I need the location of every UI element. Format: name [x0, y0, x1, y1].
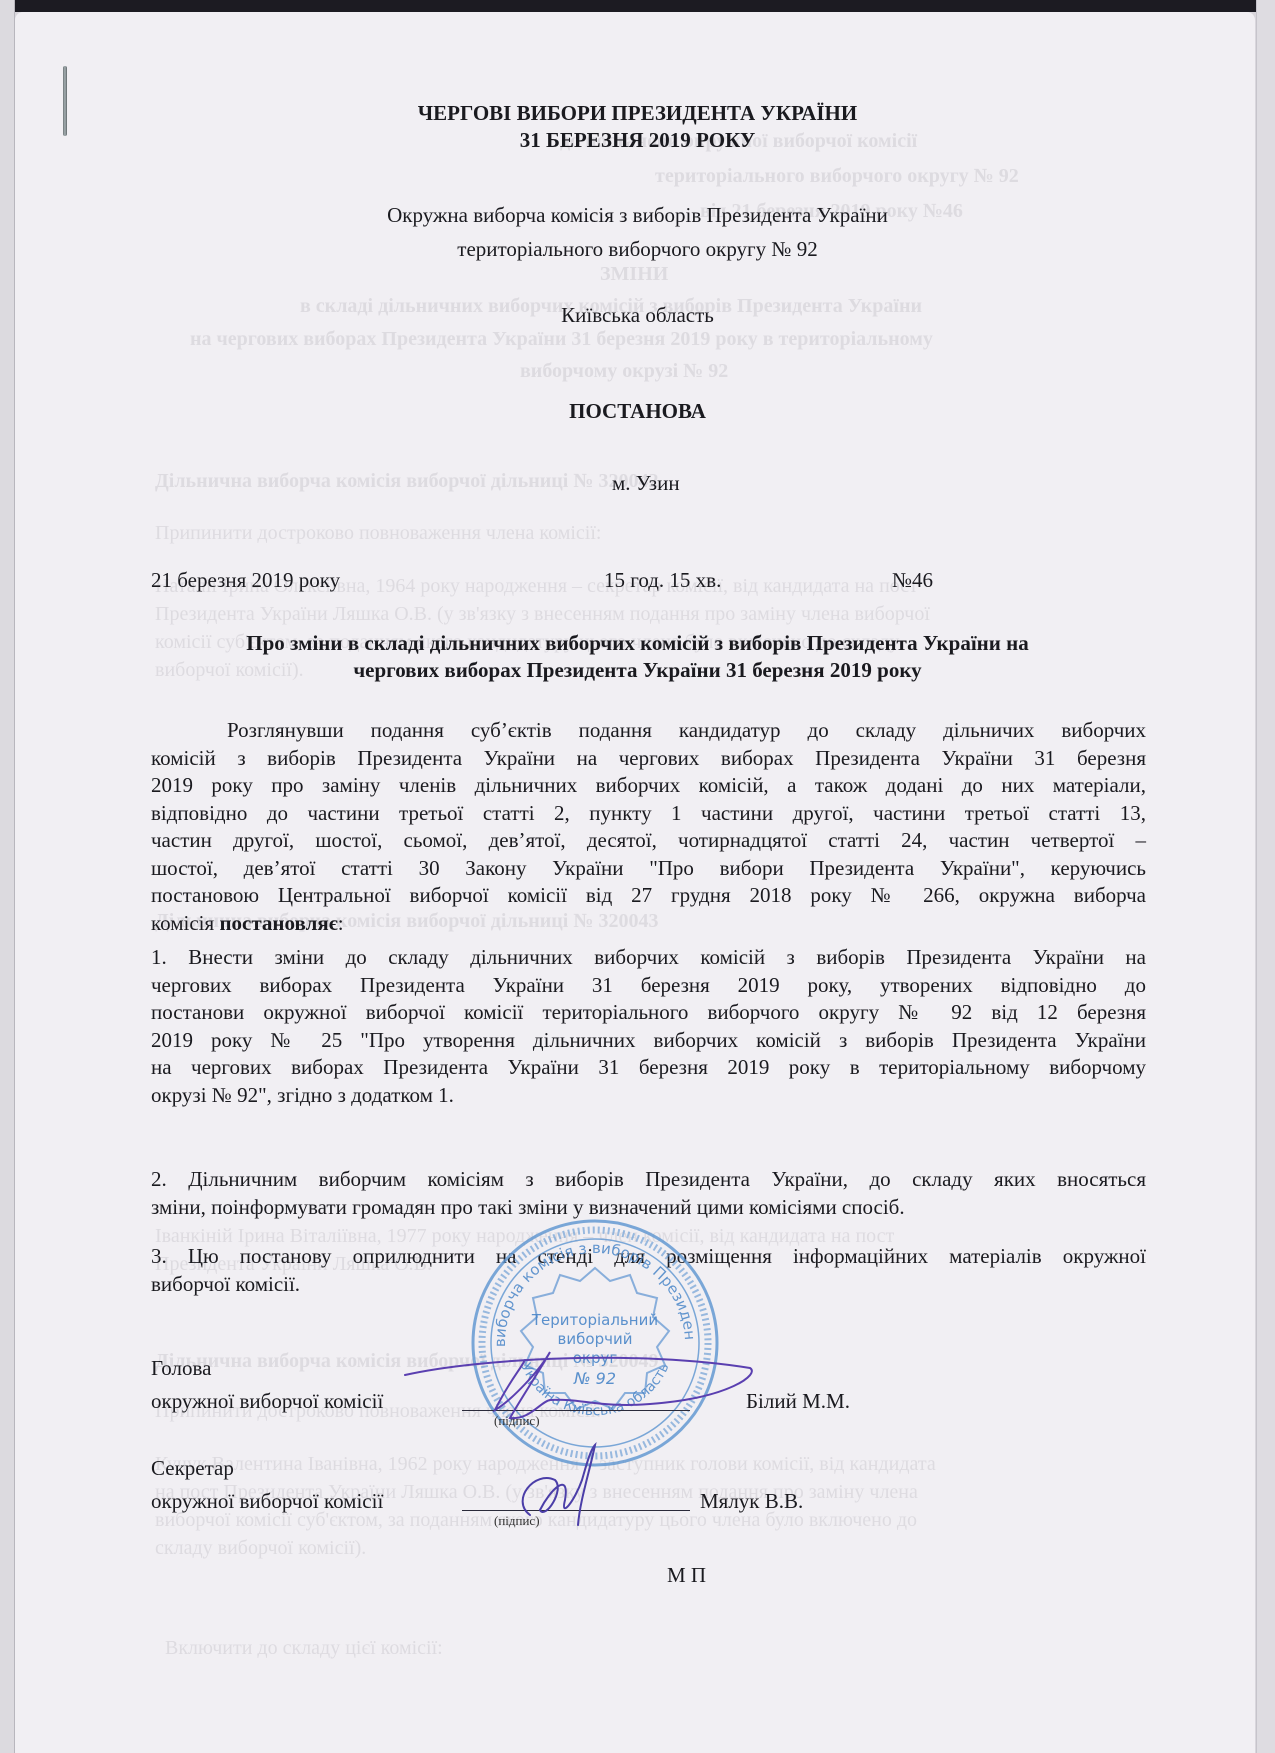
chair-signature-icon — [400, 1340, 770, 1430]
preamble-line: шостої, дев’ятої статті 30 Закону Україн… — [151, 855, 1146, 883]
doc-number: №46 — [892, 567, 933, 594]
item-line: 1. Внести зміни до складу дільничних виб… — [151, 944, 1146, 972]
item-line: 2019 року № 25 "Про утворення дільничних… — [151, 1027, 1146, 1055]
subject-line2: чергових виборах Президента України 31 б… — [0, 657, 1275, 684]
secretary-name: Мялук В.В. — [700, 1488, 803, 1515]
subject-line1: Про зміни в складі дільничних виборчих к… — [0, 630, 1275, 657]
preamble-paragraph: Розглянувши подання суб’єктів подання ка… — [151, 717, 1146, 937]
commission-name-line2: територіального виборчого округу № 92 — [0, 236, 1275, 263]
city-label: м. Узин — [612, 470, 680, 497]
item-line: на чергових виборах Президента України 3… — [151, 1054, 1146, 1082]
chair-role-line2: окружної виборчої комісії — [151, 1388, 383, 1415]
preamble-line: 2019 року про заміну членів дільничних в… — [151, 772, 1146, 800]
item-line: окрузі № 92", згідно з додатком 1. — [151, 1082, 1146, 1110]
doc-time: 15 год. 15 хв. — [604, 567, 721, 594]
election-title-line1: ЧЕРГОВІ ВИБОРИ ПРЕЗИДЕНТА УКРАЇНИ — [0, 100, 1275, 127]
preamble-last-prefix: комісія — [151, 911, 219, 935]
resolves-keyword: постановляє — [219, 911, 337, 935]
seal-place-mark: М П — [667, 1562, 706, 1589]
preamble-line: постановою Центральної виборчої комісії … — [151, 882, 1146, 910]
chair-role-line1: Голова — [151, 1355, 211, 1382]
preamble-line-last: комісія постановляє: — [151, 910, 1146, 938]
doc-date: 21 березня 2019 року — [151, 567, 340, 594]
preamble-last-suffix: : — [338, 911, 344, 935]
resolution-item-1: 1. Внести зміни до складу дільничних виб… — [151, 944, 1146, 1109]
item-line: постанови окружної виборчої комісії тери… — [151, 999, 1146, 1027]
election-title-line2: 31 БЕРЕЗНЯ 2019 РОКУ — [0, 127, 1275, 154]
commission-name-line1: Окружна виборча комісія з виборів Презид… — [0, 202, 1275, 229]
preamble-line: частин другої, шостої, сьомої, дев’ятої,… — [151, 827, 1146, 855]
secretary-role-line1: Секретар — [151, 1455, 234, 1482]
preamble-line: Розглянувши подання суб’єктів подання ка… — [151, 717, 1146, 745]
stamp-inner-line1: Територіальний — [531, 1311, 658, 1329]
scan-border-top — [0, 0, 1275, 12]
secretary-signature-icon — [510, 1440, 620, 1535]
item-line: 2. Дільничним виборчим комісіям з виборі… — [151, 1166, 1146, 1194]
secretary-role-line2: окружної виборчої комісії — [151, 1488, 383, 1515]
region-label: Київська область — [0, 302, 1275, 329]
doc-type-title: ПОСТАНОВА — [0, 398, 1275, 425]
preamble-line: комісій з виборів Президента України на … — [151, 745, 1146, 773]
preamble-line: відповідно до частини третьої статті 2, … — [151, 800, 1146, 828]
item-line: чергових виборах Президента України 31 б… — [151, 972, 1146, 1000]
